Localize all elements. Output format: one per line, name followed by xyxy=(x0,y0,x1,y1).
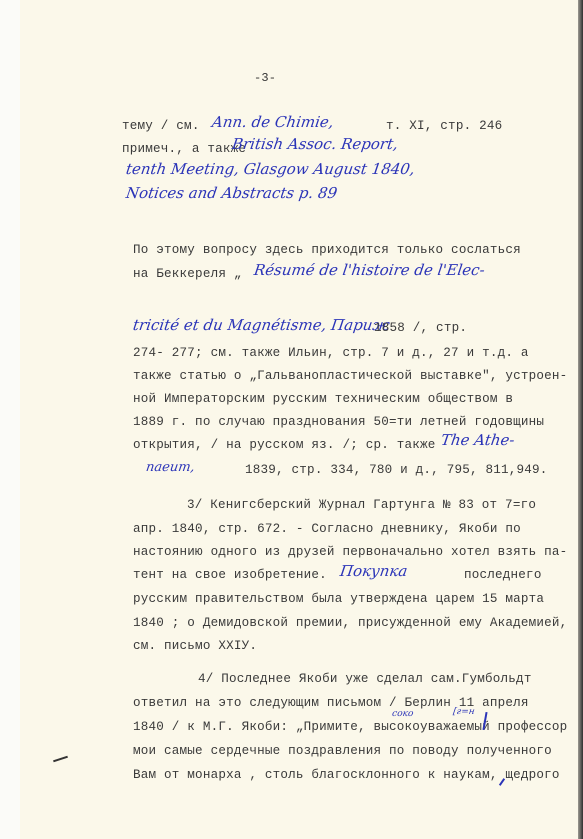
typed-text: 1840 / к М.Г. Якоби: „Примите, высокоува… xyxy=(133,721,567,734)
typed-text: 4/ Последнее Якоби уже сделал сам.Гумбол… xyxy=(198,673,532,686)
typed-text: также статью о „Гальванопластической выс… xyxy=(133,370,567,383)
handwritten-annotation: Résumé de l'histoire de l'Elec- xyxy=(253,263,486,278)
typed-text: тему / см. xyxy=(122,120,200,133)
typed-text: апр. 1840, стр. 672. - Согласно дневнику… xyxy=(133,523,521,536)
typed-text: 3/ Кенигсберский Журнал Гартунга № 83 от… xyxy=(187,499,536,512)
typed-text: примеч., а также xyxy=(122,143,246,156)
typed-text: тент на свое изобретение. xyxy=(133,569,327,582)
page-number: -3- xyxy=(254,72,276,84)
typed-text: ной Императорским русским техническим об… xyxy=(133,393,513,406)
handwritten-annotation: The Athe- xyxy=(440,433,516,448)
handwritten-annotation: Покупка xyxy=(339,564,408,579)
handwritten-annotation: British Assoc. Report, xyxy=(231,137,399,152)
typed-text: Вам от монарха , столь благосклонного к … xyxy=(133,769,560,782)
typed-text: По этому вопросу здесь приходится только… xyxy=(133,244,521,257)
handwritten-bracket-note: [г=н xyxy=(452,708,475,717)
typed-text: т. XI, стр. 246 xyxy=(386,120,502,133)
handwritten-annotation: naeum, xyxy=(145,461,195,474)
handwritten-annotation: tenth Meeting, Glasgow August 1840, xyxy=(125,162,416,177)
handwritten-annotation: Notices and Abstracts p. 89 xyxy=(125,186,338,201)
scan-left-margin xyxy=(0,0,20,839)
handwritten-annotation: tricité et du Magnétisme, Париж xyxy=(132,318,391,333)
typed-text: русским правительством была утверждена ц… xyxy=(133,593,544,606)
typed-text: см. письмо XXIУ. xyxy=(133,640,257,653)
typed-text: на Беккереля „ xyxy=(133,268,242,281)
typed-text: 1889 г. по случаю празднования 50=ти лет… xyxy=(133,416,544,429)
handwritten-correction: соко xyxy=(391,710,414,719)
typed-text: последнего xyxy=(464,569,542,582)
handwritten-annotation: Ann. de Chimie, xyxy=(211,115,335,130)
typed-text: мои самые сердечные поздравления по пово… xyxy=(133,745,552,758)
typed-text: 1858 /, стр. xyxy=(374,322,467,335)
typed-text: 1839, стр. 334, 780 и д., 795, 811,949. xyxy=(245,464,548,477)
scan-right-edge xyxy=(578,0,583,839)
typed-text: 1840 ; о Демидовской премии, присужденно… xyxy=(133,617,567,630)
typed-text: 274- 277; см. также Ильин, стр. 7 и д., … xyxy=(133,347,529,360)
typed-text: настоянию одного из друзей первоначально… xyxy=(133,546,567,559)
typed-text: открытия, / на русском яз. /; ср. также xyxy=(133,439,436,452)
